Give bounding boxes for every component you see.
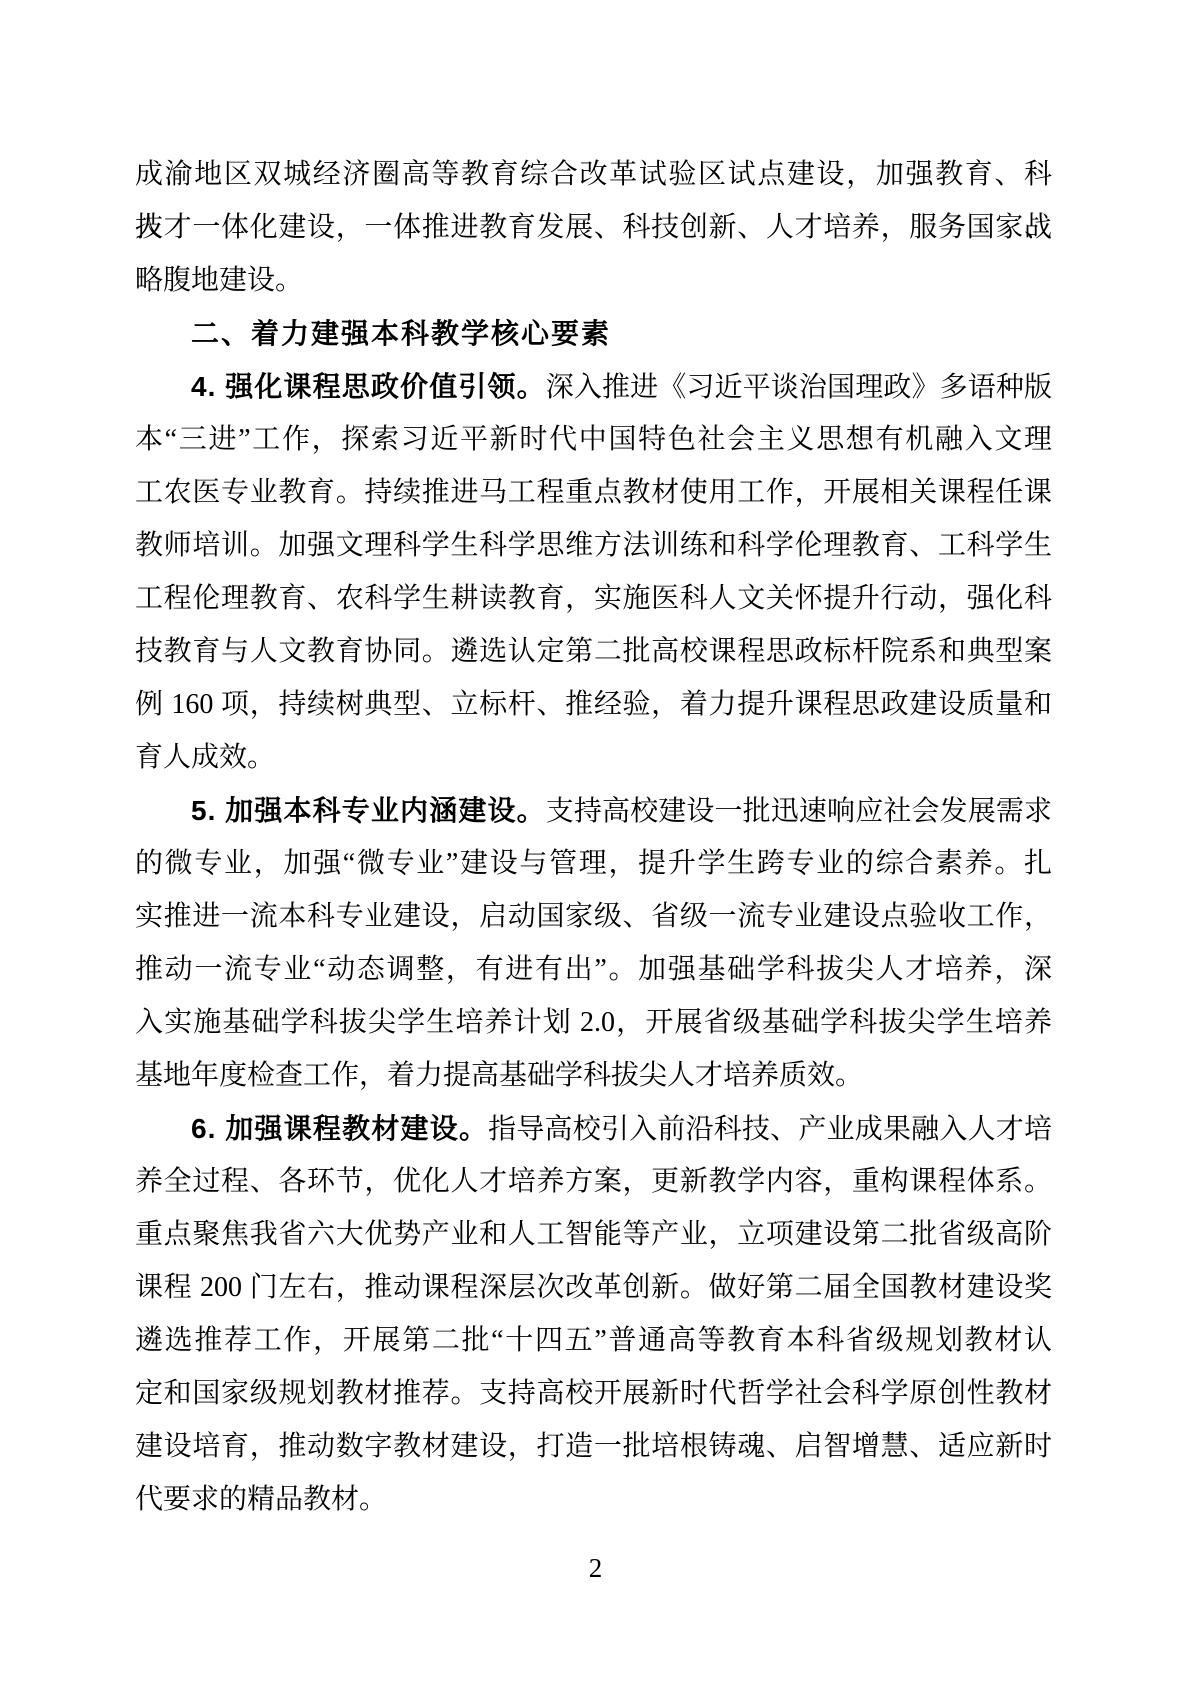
text-line-content: 技教育与人文教育协同。遴选认定第二批高校课程思政标杆院系和典型案 <box>135 636 1052 667</box>
section-heading-label: 二、着力建强本科教学核心要素 <box>191 318 611 349</box>
text-line: 成渝地区双城经济圈高等教育综合改革试验区试点建设，加强教育、科技、 <box>135 148 1052 201</box>
text-line-content: 工程伦理教育、农科学生耕读教育，实施医科人文关怀提升行动，强化科 <box>135 583 1052 614</box>
text-line-content: 课程 200 门左右，推动课程深层次改革创新。做好第二届全国教材建设奖 <box>135 1272 1052 1303</box>
text-line: 育人成效。 <box>135 731 1052 784</box>
text-line-content: 支持高校建设一批迅速响应社会发展需求 <box>546 796 1052 827</box>
text-line: 工程伦理教育、农科学生耕读教育，实施医科人文关怀提升行动，强化科 <box>135 572 1052 625</box>
text-line-content: 人才一体化建设，一体推进教育发展、科技创新、人才培养，服务国家战 <box>135 212 1052 243</box>
text-line: 基地年度检查工作，着力提高基础学科拔尖人才培养质效。 <box>135 1049 1052 1102</box>
text-line: 工农医专业教育。持续推进马工程重点教材使用工作，开展相关课程任课 <box>135 466 1052 519</box>
text-line-content: 实推进一流本科专业建设，启动国家级、省级一流专业建设点验收工作， <box>135 901 1052 932</box>
text-line-content: 遴选推荐工作，开展第二批“十四五”普通高等教育本科省级规划教材认 <box>135 1325 1052 1356</box>
page-number: 2 <box>589 1553 603 1583</box>
text-line-content: 养全过程、各环节，优化人才培养方案，更新教学内容，重构课程体系。 <box>135 1166 1052 1197</box>
text-line: 5. 加强本科专业内涵建设。支持高校建设一批迅速响应社会发展需求 <box>135 784 1052 837</box>
text-line: 建设培育，推动数字教材建设，打造一批培根铸魂、启智增慧、适应新时 <box>135 1420 1052 1473</box>
text-line-content: 指导高校引入前沿科技、产业成果融入人才培 <box>488 1114 1052 1145</box>
text-line-content: 入实施基础学科拔尖学生培养计划 2.0，开展省级基础学科拔尖学生培养 <box>135 1007 1052 1038</box>
text-line: 4. 强化课程思政价值引领。深入推进《习近平谈治国理政》多语种版 <box>135 360 1052 413</box>
paragraph-lead-bold: 4. 强化课程思政价值引领。 <box>191 371 546 402</box>
paragraph-lead-bold: 6. 加强课程教材建设。 <box>191 1113 488 1144</box>
text-line-content: 育人成效。 <box>135 742 275 773</box>
text-line: 重点聚焦我省六大优势产业和人工智能等产业，立项建设第二批省级高阶 <box>135 1208 1052 1261</box>
text-line-content: 的微专业，加强“微专业”建设与管理，提升学生跨专业的综合素养。扎 <box>135 848 1052 879</box>
text-line: 的微专业，加强“微专业”建设与管理，提升学生跨专业的综合素养。扎 <box>135 837 1052 890</box>
text-line-content: 深入推进《习近平谈治国理政》多语种版 <box>546 372 1052 403</box>
section-heading: 二、着力建强本科教学核心要素 <box>135 307 1052 360</box>
text-line: 定和国家级规划教材推荐。支持高校开展新时代哲学社会科学原创性教材 <box>135 1367 1052 1420</box>
text-line: 养全过程、各环节，优化人才培养方案，更新教学内容，重构课程体系。 <box>135 1155 1052 1208</box>
text-line-content: 教师培训。加强文理科学生科学思维方法训练和科学伦理教育、工科学生 <box>135 530 1052 561</box>
text-line-content: 建设培育，推动数字教材建设，打造一批培根铸魂、启智增慧、适应新时 <box>135 1431 1052 1462</box>
text-line: 人才一体化建设，一体推进教育发展、科技创新、人才培养，服务国家战 <box>135 201 1052 254</box>
page-footer: 2 <box>0 1550 1191 1586</box>
text-line: 略腹地建设。 <box>135 254 1052 307</box>
paragraph-lead-bold: 5. 加强本科专业内涵建设。 <box>191 795 546 826</box>
text-line-content: 重点聚焦我省六大优势产业和人工智能等产业，立项建设第二批省级高阶 <box>135 1219 1052 1250</box>
text-line-content: 工农医专业教育。持续推进马工程重点教材使用工作，开展相关课程任课 <box>135 477 1052 508</box>
document-page: 成渝地区双城经济圈高等教育综合改革试验区试点建设，加强教育、科技、人才一体化建设… <box>0 0 1191 1684</box>
text-line-content: 例 160 项，持续树典型、立标杆、推经验，着力提升课程思政建设质量和 <box>135 689 1052 720</box>
document-body: 成渝地区双城经济圈高等教育综合改革试验区试点建设，加强教育、科技、人才一体化建设… <box>135 148 1052 1526</box>
text-line: 代要求的精品教材。 <box>135 1473 1052 1526</box>
text-line: 课程 200 门左右，推动课程深层次改革创新。做好第二届全国教材建设奖 <box>135 1261 1052 1314</box>
text-line: 推动一流专业“动态调整，有进有出”。加强基础学科拔尖人才培养，深 <box>135 943 1052 996</box>
text-line: 例 160 项，持续树典型、立标杆、推经验，着力提升课程思政建设质量和 <box>135 678 1052 731</box>
text-line-content: 略腹地建设。 <box>135 265 303 296</box>
text-line: 入实施基础学科拔尖学生培养计划 2.0，开展省级基础学科拔尖学生培养 <box>135 996 1052 1049</box>
text-line-content: 定和国家级规划教材推荐。支持高校开展新时代哲学社会科学原创性教材 <box>135 1378 1052 1409</box>
text-line: 本“三进”工作，探索习近平新时代中国特色社会主义思想有机融入文理 <box>135 413 1052 466</box>
text-line: 教师培训。加强文理科学生科学思维方法训练和科学伦理教育、工科学生 <box>135 519 1052 572</box>
text-line: 遴选推荐工作，开展第二批“十四五”普通高等教育本科省级规划教材认 <box>135 1314 1052 1367</box>
text-line-content: 基地年度检查工作，着力提高基础学科拔尖人才培养质效。 <box>135 1060 863 1091</box>
text-line: 6. 加强课程教材建设。指导高校引入前沿科技、产业成果融入人才培 <box>135 1102 1052 1155</box>
text-line: 技教育与人文教育协同。遴选认定第二批高校课程思政标杆院系和典型案 <box>135 625 1052 678</box>
text-line-content: 本“三进”工作，探索习近平新时代中国特色社会主义思想有机融入文理 <box>135 424 1052 455</box>
text-line-content: 代要求的精品教材。 <box>135 1484 387 1515</box>
text-line-content: 推动一流专业“动态调整，有进有出”。加强基础学科拔尖人才培养，深 <box>135 954 1052 985</box>
text-line: 实推进一流本科专业建设，启动国家级、省级一流专业建设点验收工作， <box>135 890 1052 943</box>
